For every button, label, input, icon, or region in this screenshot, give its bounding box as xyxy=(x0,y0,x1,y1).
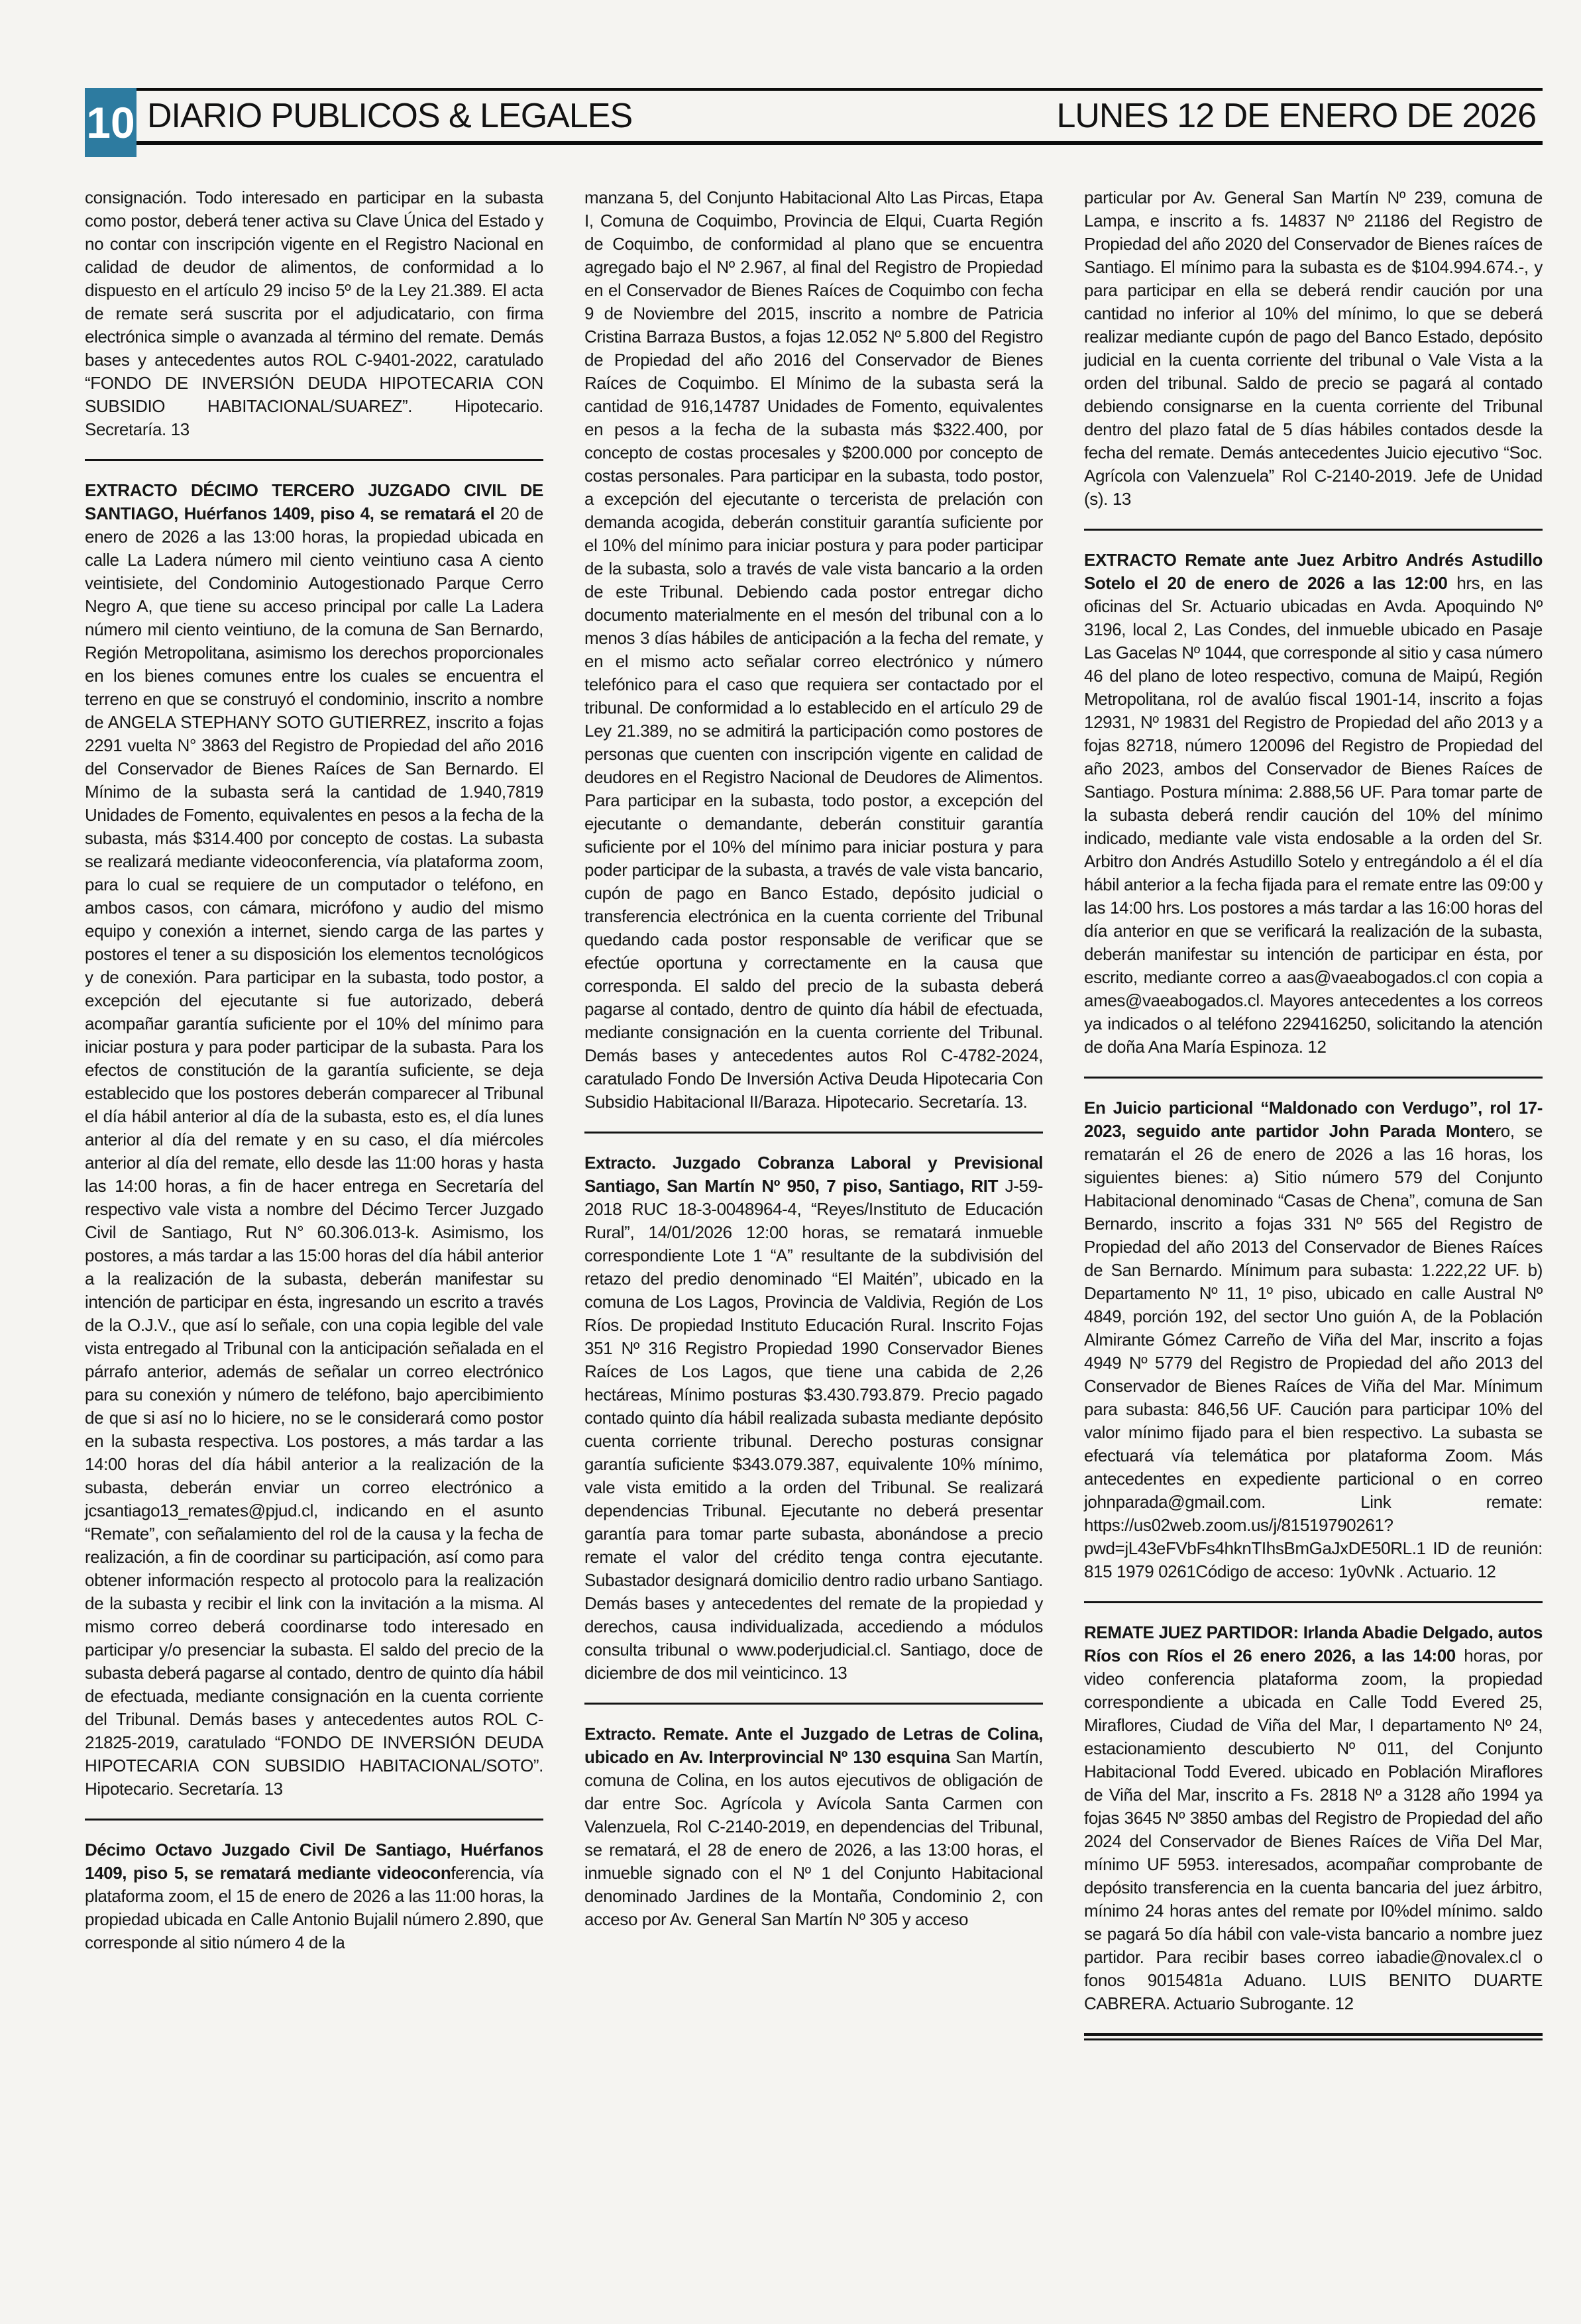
legal-notice: Extracto. Remate. Ante el Juzgado de Let… xyxy=(584,1722,1043,1931)
notice-body: particular por Av. General San Martín Nº… xyxy=(1084,187,1543,509)
page-header: 10 DIARIO PUBLICOS & LEGALES LUNES 12 DE… xyxy=(85,88,1543,158)
notice-body: 20 de enero de 2026 a las 13:00 horas, l… xyxy=(85,503,543,1799)
issue-date: LUNES 12 DE ENERO DE 2026 xyxy=(1056,96,1536,136)
masthead-title: DIARIO PUBLICOS & LEGALES xyxy=(147,96,632,136)
notice-body: San Martín, comuna de Colina, en los aut… xyxy=(584,1747,1043,1929)
legal-notice-continuation: consignación. Todo interesado en partici… xyxy=(85,186,543,441)
notices-columns: consignación. Todo interesado en partici… xyxy=(85,186,1543,2058)
notice-divider xyxy=(584,1132,1043,1134)
legal-notice: EXTRACTO DÉCIMO TERCERO JUZGADO CIVIL DE… xyxy=(85,479,543,1801)
notice-body: ro, se rematarán el 26 de enero de 2026 … xyxy=(1084,1121,1543,1581)
masthead-bar: DIARIO PUBLICOS & LEGALES LUNES 12 DE EN… xyxy=(136,88,1543,145)
legal-notice: REMATE JUEZ PARTIDOR: Irlanda Abadie Del… xyxy=(1084,1621,1543,2015)
notice-lead: EXTRACTO DÉCIMO TERCERO JUZGADO CIVIL DE… xyxy=(85,480,543,523)
notice-divider xyxy=(1084,1077,1543,1079)
newspaper-page: 10 DIARIO PUBLICOS & LEGALES LUNES 12 DE… xyxy=(0,0,1581,2324)
notice-body: horas, por video conferencia plataforma … xyxy=(1084,1646,1543,2013)
legal-notice-continuation: manzana 5, del Conjunto Habitacional Alt… xyxy=(584,186,1043,1114)
legal-notice-continuation: particular por Av. General San Martín Nº… xyxy=(1084,186,1543,511)
legal-notice: Extracto. Juzgado Cobranza Laboral y Pre… xyxy=(584,1151,1043,1685)
notice-body: manzana 5, del Conjunto Habitacional Alt… xyxy=(584,187,1043,1112)
notice-lead: En Juicio particional “Maldonado con Ver… xyxy=(1084,1098,1543,1141)
notice-body: hrs, en las oficinas del Sr. Actuario ub… xyxy=(1084,573,1543,1057)
column-2: manzana 5, del Conjunto Habitacional Alt… xyxy=(584,186,1043,1931)
notice-divider xyxy=(1084,1601,1543,1603)
notice-body: J-59-2018 RUC 18-3-0048964-4, “Reyes/Ins… xyxy=(584,1176,1043,1683)
legal-notice: En Juicio particional “Maldonado con Ver… xyxy=(1084,1096,1543,1583)
column-3: particular por Av. General San Martín Nº… xyxy=(1084,186,1543,2058)
notice-divider xyxy=(85,1819,543,1821)
legal-notice: Décimo Octavo Juzgado Civil De Santiago,… xyxy=(85,1838,543,1954)
column-1: consignación. Todo interesado en partici… xyxy=(85,186,543,1954)
notice-divider xyxy=(1084,529,1543,531)
notice-divider xyxy=(584,1703,1043,1705)
notice-body: consignación. Todo interesado en partici… xyxy=(85,187,543,439)
notice-divider xyxy=(85,459,543,461)
notice-end-divider xyxy=(1084,2033,1543,2040)
legal-notice: EXTRACTO Remate ante Juez Arbitro Andrés… xyxy=(1084,549,1543,1059)
page-number-badge: 10 xyxy=(85,88,136,157)
notice-lead: Extracto. Juzgado Cobranza Laboral y Pre… xyxy=(584,1153,1043,1196)
